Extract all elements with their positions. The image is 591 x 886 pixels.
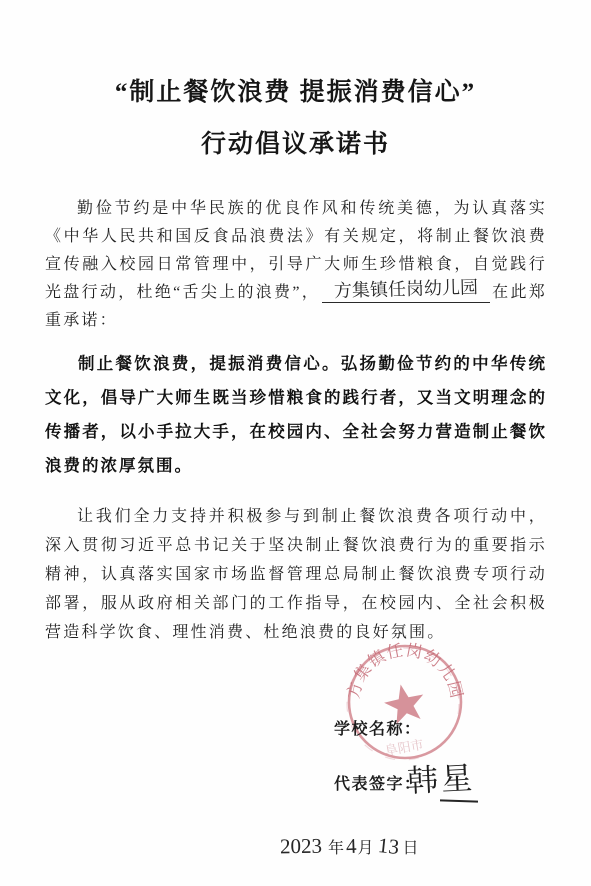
document-title-line2: 行动倡议承诺书 — [0, 124, 591, 160]
paragraph-intro: 勤俭节约是中华民族的优良作风和传统美德，为认真落实《中华人民共和国反食品浪费法》… — [45, 195, 547, 335]
school-name-label: 学校名称： — [334, 716, 422, 739]
paragraph-action: 让我们全力支持并积极参与到制止餐饮浪费各项行动中，深入贯彻习近平总书记关于坚决制… — [45, 502, 547, 647]
handwritten-year: 2023 — [280, 834, 322, 860]
paragraph-pledge-bold: 制止餐饮浪费，提振消费信心。弘扬勤俭节约的中华传统文化，倡导广大师生既当珍惜粮食… — [45, 347, 547, 483]
svg-text:方集镇任岗幼儿园: 方集镇任岗幼儿园 — [344, 640, 467, 700]
date-line: 2023 年 4 月 13 日 — [280, 834, 420, 859]
document-page: “制止餐饮浪费 提振消费信心” 行动倡议承诺书 勤俭节约是中华民族的优良作风和传… — [0, 0, 591, 886]
handwritten-day: 13 — [376, 833, 399, 860]
school-name-blank-line: 方集镇任岗幼儿园 — [322, 280, 490, 303]
signature-underline — [440, 799, 478, 802]
year-unit-label: 年 — [328, 835, 345, 858]
handwritten-representative-signature: 韩星 — [406, 752, 476, 800]
handwritten-month: 4 — [346, 834, 357, 859]
document-title-line1: “制止餐饮浪费 提振消费信心” — [0, 72, 591, 108]
handwritten-school-name: 方集镇任岗幼儿园 — [334, 276, 479, 302]
day-unit-label: 日 — [403, 835, 420, 858]
seal-arc-text: 方集镇任岗幼儿园 — [344, 640, 467, 700]
month-unit-label: 月 — [358, 835, 375, 858]
